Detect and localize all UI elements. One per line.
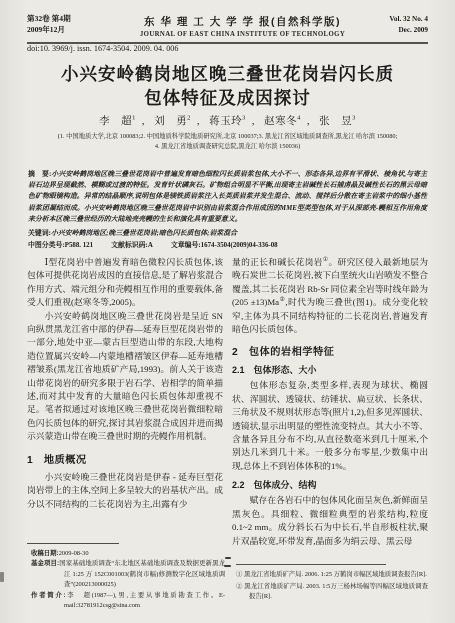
article-title: 小兴安岭鹤岗地区晚三叠世花岗岩闪长质 包体特征及成因探讨	[0, 62, 455, 110]
author-1: 李 超1	[99, 116, 136, 127]
author-5: 张 昱3	[319, 116, 356, 127]
article-no-value: 1674-3504(2009)04-336-08	[201, 242, 278, 249]
author-separator: ,	[142, 116, 145, 127]
author-bio-label: 作者简介:	[31, 592, 66, 599]
scan-artifact	[224, 565, 231, 567]
date-en: Dec. 2009	[366, 25, 428, 36]
section-1-heading: 1 地质概况	[27, 451, 223, 466]
author-separator: ,	[307, 116, 310, 127]
scan-artifact	[225, 557, 231, 559]
section-1-paragraph: 小兴安岭晚三叠世花岗岩是伊春 - 延寿巨型花岗岩带上的主体,空间上多呈较大的岩基…	[27, 471, 223, 511]
vol-en: Vol. 32 No. 4	[366, 14, 428, 25]
keywords-text: 小兴安岭鹤岗地区;晚三叠世花岗岩;暗色闪长质包体;岩浆混合	[51, 230, 237, 237]
intro-paragraph-1: Ⅰ型花岗岩中普遍发育暗色微粒闪长质包体,该包体可提供花岗岩成因的直接信息,是了解…	[27, 256, 223, 310]
footnote-1: ① 黑龙江省地质矿产局. 2006. 1:25 万鹤岗市幅区域地质调查报告[R]…	[236, 570, 428, 581]
section-2-2-heading: 2.2 包体成分、结构	[232, 478, 428, 491]
footnote-2-marker: ②	[236, 583, 243, 590]
footnote-2: ② 黑龙江省地质矿产局. 2003. 1:5万三杨林场幅等四幅区域地质调查报告[…	[236, 582, 428, 603]
author-bio-note: 作者简介:李 超(1987—),男,主要从事地质勘查工作。E-mail:3278…	[31, 591, 225, 612]
date-cn: 2009年12月	[27, 25, 119, 36]
article-title-line1: 小兴安岭鹤岗地区晚三叠世花岗岩闪长质	[0, 62, 455, 86]
funding-note: 基金项目:国家基础地质调查“东北地区基础地质调查及数据更新黑龙江 1:25 万 …	[31, 559, 225, 590]
footnote-rule-right	[236, 564, 386, 565]
geology-paragraph: 量的正长和碱长花岗岩①。研究区侵入最新地层为晚石炭世二长花岗岩,被下白垩统火山岩…	[232, 256, 428, 336]
footnotes-left: 收稿日期:2009-08-30 基金项目:国家基础地质调查“东北地区基础地质调查…	[31, 549, 225, 611]
author-separator: ,	[197, 116, 200, 127]
section-2-1-heading: 2.1 包体形态、大小	[232, 363, 428, 376]
affiliation-line1: (1. 中国地质大学,北京 100083;2. 中国地质科学院地质研究所,北京 …	[0, 132, 455, 142]
author-2-affil-sup: 2	[187, 115, 191, 122]
article-title-line2: 包体特征及成因探讨	[0, 86, 455, 110]
scan-artifact	[0, 572, 4, 582]
affiliations: (1. 中国地质大学,北京 100083;2. 中国地质科学院地质研究所,北京 …	[0, 132, 455, 152]
keywords-label: 关键词:	[28, 230, 51, 237]
author-4-affil-sup: 4	[297, 115, 301, 122]
doc-code-label: 文献标识码:	[111, 242, 148, 249]
keywords: 关键词:小兴安岭鹤岗地区;晚三叠世花岗岩;暗色闪长质包体;岩浆混合	[28, 227, 427, 237]
doc-code-value: A	[148, 242, 153, 249]
section-2-1-paragraph: 包体形态复杂,类型多样,表现为球状、椭圆状、浑圆状、透镜状、纺锤状、扁豆状、长条…	[232, 379, 428, 473]
right-column: 量的正长和碱长花岗岩①。研究区侵入最新地层为晚石炭世二长花岗岩,被下白垩统火山岩…	[232, 256, 428, 548]
affiliation-line2: 4. 黑龙江省地质调查研究总院,黑龙江 哈尔滨 150036)	[0, 142, 455, 152]
article-no-label: 文章编号:	[171, 242, 201, 249]
author-separator: ,	[252, 116, 255, 127]
received-date: 收稿日期:2009-08-30	[31, 549, 225, 559]
left-column: Ⅰ型花岗岩中普遍发育暗色微粒闪长质包体,该包体可提供花岗岩成因的直接信息,是了解…	[27, 256, 223, 548]
body-columns: Ⅰ型花岗岩中普遍发育暗色微粒闪长质包体,该包体可提供花岗岩成因的直接信息,是了解…	[27, 256, 428, 548]
footnote-rule-left	[27, 543, 119, 544]
author-list: 李 超1, 刘 勇2, 蒋玉玲3, 赵寒冬4, 张 昱3	[0, 113, 455, 128]
header-center: 东 华 理 工 大 学 学 报(自然科学版) JOURNAL OF EAST C…	[119, 14, 366, 38]
received-date-label: 收稿日期:	[31, 550, 59, 557]
author-3-affil-sup: 3	[242, 115, 246, 122]
issue-cn: 第32卷 第4期	[27, 14, 119, 25]
author-5-affil-sup: 3	[352, 115, 356, 122]
journal-name-cn: 东 华 理 工 大 学 学 报(自然科学版)	[119, 14, 366, 29]
author-2: 刘 勇2	[154, 116, 191, 127]
funding-label: 基金项目:	[31, 560, 59, 567]
journal-name-en: JOURNAL OF EAST CHINA INSTITUTE OF TECHN…	[119, 31, 366, 38]
doi-line: doi:10. 3969/j. issn. 1674-3504. 2009. 0…	[27, 44, 178, 53]
journal-header: 第32卷 第4期 2009年12月 东 华 理 工 大 学 学 报(自然科学版)…	[27, 14, 428, 44]
header-left: 第32卷 第4期 2009年12月	[27, 14, 119, 35]
footnote-1-marker: ①	[236, 571, 242, 578]
header-right: Vol. 32 No. 4 Dec. 2009	[366, 14, 428, 35]
abstract: 摘 要:小兴安岭鹤岗地区晚三叠世花岗岩中普遍发育暗色细粒闪长质岩浆包体,大小不一…	[28, 169, 427, 225]
author-3: 蒋玉玲3	[209, 116, 246, 127]
abstract-text: 小兴安岭鹤岗地区晚三叠世花岗岩中普遍发育暗色细粒闪长质岩浆包体,大小不一、形态各…	[28, 171, 427, 223]
journal-page: 第32卷 第4期 2009年12月 东 华 理 工 大 学 学 报(自然科学版)…	[0, 0, 455, 623]
clc-label: 中图分类号:	[28, 242, 65, 249]
intro-paragraph-2: 小兴安岭鹤岗地区晚三叠世花岗岩是呈近 SN 向纵贯黑龙江省中部的伊春—延寿巨型花…	[27, 310, 223, 444]
section-2-heading: 2 包体的岩相学特征	[232, 343, 428, 358]
abstract-label: 摘 要:	[28, 171, 51, 178]
author-1-affil-sup: 1	[132, 115, 136, 122]
classification-line: 中图分类号:P588. 121文献标识码:A文章编号:1674-3504(200…	[28, 239, 427, 249]
footnotes-right: ① 黑龙江省地质矿产局. 2006. 1:25 万鹤岗市幅区域地质调查报告[R]…	[236, 570, 428, 604]
author-4: 赵寒冬4	[264, 116, 301, 127]
section-2-2-paragraph: 赋存在各岩石中的包体风化面呈灰色,新鲜面呈黑灰色。具细粒、微细粒典型的岩浆结构,…	[232, 494, 428, 548]
clc-value: P588. 121	[65, 242, 93, 249]
